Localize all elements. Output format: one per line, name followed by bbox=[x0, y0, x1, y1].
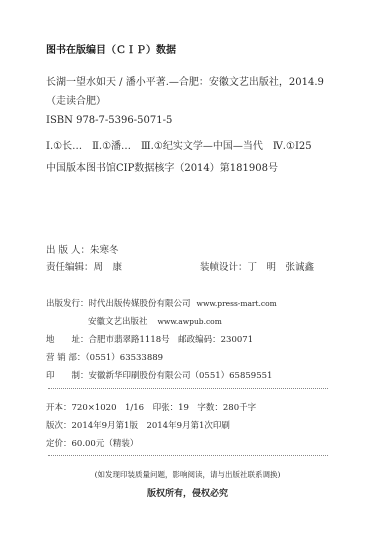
distributor-1: 时代出版传媒股份有限公司 bbox=[89, 299, 191, 309]
address-value: 合肥市翡翠路1118号 邮政编码：230071 bbox=[89, 335, 254, 345]
editor-label: 责任编辑： bbox=[46, 262, 94, 273]
publisher-person-row: 出 版 人：朱寒冬 bbox=[46, 245, 119, 257]
copyright-notice: 版权所有，侵权必究 bbox=[0, 488, 375, 500]
editor-name: 周 康 bbox=[94, 262, 123, 273]
dotted-divider-bottom bbox=[48, 455, 328, 456]
address-row: 地 址：合肥市翡翠路1118号 邮政编码：230071 bbox=[46, 334, 253, 346]
sales-phone: （0551）63533889 bbox=[85, 353, 163, 363]
distributor-2: 安徽文艺出版社 bbox=[88, 317, 148, 327]
format-spec: 开本：720×1020 1/16 印张：19 字数：280千字 bbox=[46, 402, 256, 414]
distributor-2-row: 安徽文艺出版社www.awpub.com bbox=[88, 316, 222, 328]
printing-row: 印 制：安徽新华印刷股份有限公司（0551）65859551 bbox=[46, 370, 272, 382]
designer-names: 丁 明 张诚鑫 bbox=[248, 262, 315, 273]
publisher-person: 朱寒冬 bbox=[90, 245, 119, 256]
cip-title-line: 长湖一望水如天 / 潘小平著.—合肥：安徽文艺出版社，2014.9 bbox=[46, 77, 324, 89]
cip-title: 图书在版编目（ＣＩＰ）数据 bbox=[46, 45, 176, 57]
cip-series: （走读合肥） bbox=[46, 96, 106, 108]
address-label: 地 址： bbox=[46, 335, 89, 345]
printing-value: 安徽新华印刷股份有限公司（0551）65859551 bbox=[89, 371, 273, 381]
price-spec: 定价：60.00元（精装） bbox=[46, 438, 138, 450]
distributor-2-url: www.awpub.com bbox=[158, 317, 222, 326]
distribution-label: 出版发行： bbox=[46, 299, 89, 309]
designer-row: 装帧设计：丁 明 张诚鑫 bbox=[200, 262, 314, 274]
publisher-person-label: 出 版 人： bbox=[46, 245, 90, 256]
printing-label: 印 制： bbox=[46, 371, 89, 381]
dotted-divider-top bbox=[48, 388, 328, 389]
distribution-row: 出版发行：时代出版传媒股份有限公司www.press-mart.com bbox=[46, 298, 277, 310]
cip-classification: Ⅰ.①长… Ⅱ.①潘… Ⅲ.①纪实文学—中国—当代 Ⅳ.①I25 bbox=[46, 141, 312, 153]
sales-row: 营 销 部：（0551）63533889 bbox=[46, 352, 163, 364]
editor-row: 责任编辑：周 康 bbox=[46, 262, 122, 274]
edition-spec: 版次：2014年9月第1版 2014年9月第1次印刷 bbox=[46, 420, 230, 432]
cip-record-number: 中国版本图书馆CIP数据核字（2014）第181908号 bbox=[46, 163, 278, 175]
designer-label: 装帧设计： bbox=[200, 262, 248, 273]
quality-notice: (如发现印装质量问题，影响阅读，请与出版社联系调换) bbox=[0, 469, 375, 481]
sales-label: 营 销 部： bbox=[46, 353, 85, 363]
cip-isbn: ISBN 978-7-5396-5071-5 bbox=[46, 115, 172, 127]
distributor-1-url: www.press-mart.com bbox=[197, 299, 277, 308]
